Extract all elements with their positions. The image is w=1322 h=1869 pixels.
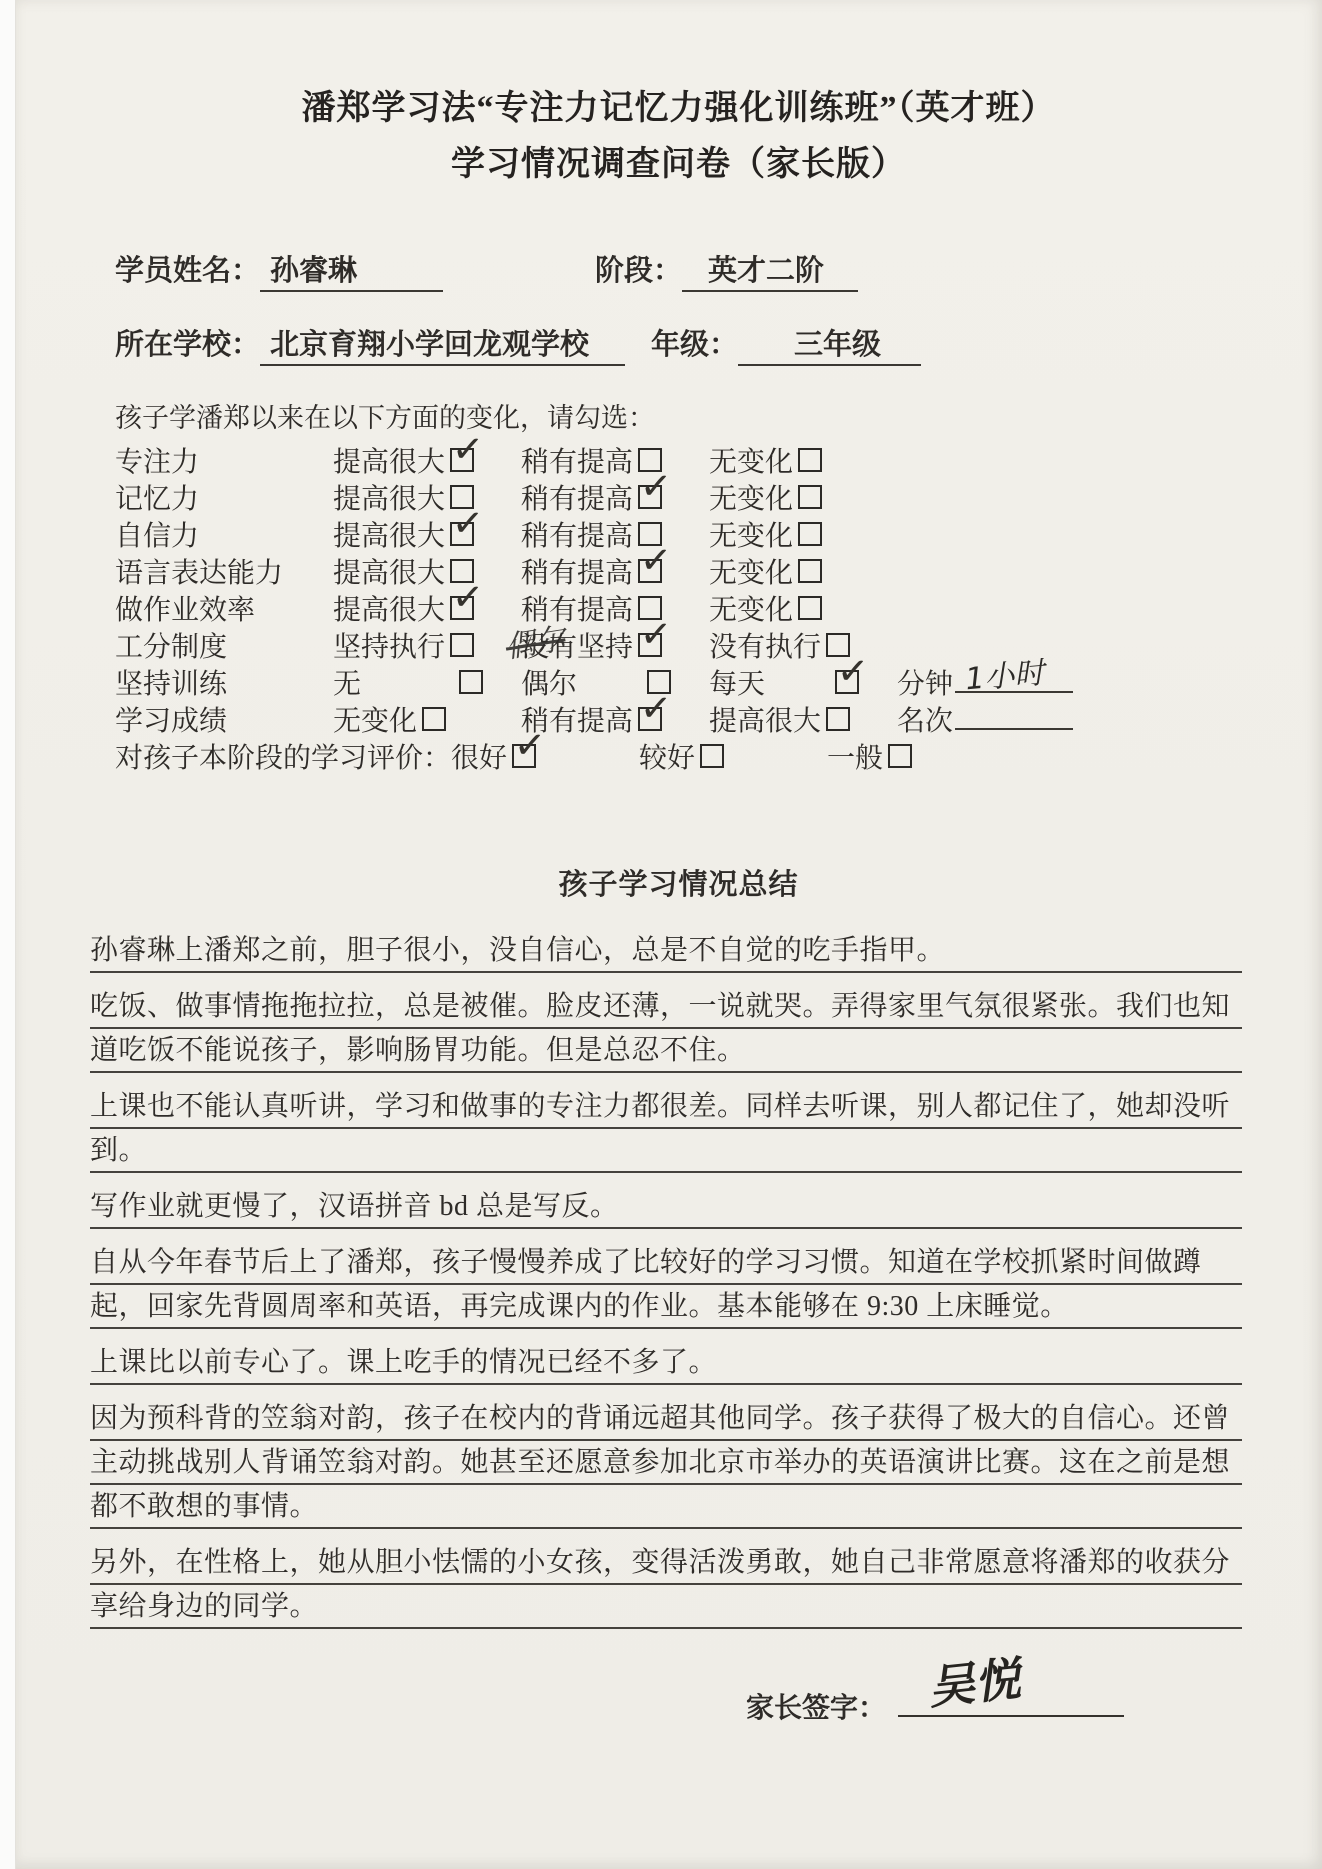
summary-paragraph: 写作业就更慢了，汉语拼音 bd 总是写反。	[90, 1185, 1242, 1229]
survey-option: 提高很大	[709, 699, 897, 739]
checkbox-unchecked	[422, 707, 446, 731]
survey-row-tail: 分钟1小时	[897, 662, 1073, 702]
survey-option-label: 无变化	[709, 440, 793, 480]
survey-option-label: 一般	[827, 736, 883, 776]
survey-option: 没有坚持偶尔✓	[521, 625, 709, 665]
survey-option: 稍有提高✓	[521, 699, 709, 739]
survey-option-label: 提高很大	[333, 477, 445, 517]
survey-option-label: 稍有提高	[521, 551, 633, 591]
tail-label: 名次	[897, 699, 953, 739]
survey-row: 对孩子本阶段的学习评价：很好✓较好一般	[115, 737, 1242, 774]
survey-option-label: 坚持执行	[333, 625, 445, 665]
summary-paragraph: 因为预科背的笠翁对韵，孩子在校内的背诵远超其他同学。孩子获得了极大的自信心。还曾…	[90, 1397, 1242, 1529]
survey-row-label: 工分制度	[115, 625, 333, 665]
checkbox-unchecked	[450, 633, 474, 657]
summary-paragraph: 上课也不能认真听讲，学习和做事的专注力都很差。同样去听课，别人都记住了，她却没听…	[90, 1085, 1242, 1173]
checkmark-icon: ✓	[639, 465, 673, 505]
student-info-row-2: 所在学校： 北京育翔小学回龙观学校 年级： 三年级	[115, 322, 1242, 366]
scanned-questionnaire: { "colors": { "paper": "#f1efe9", "ink":…	[0, 0, 1322, 1869]
survey-row: 学习成绩无变化稍有提高✓提高很大名次	[115, 700, 1242, 737]
summary-paragraph: 上课比以前专心了。课上吃手的情况已经不多了。	[90, 1341, 1242, 1385]
survey-option-label: 无变化	[333, 699, 417, 739]
survey-option: 每天✓	[709, 662, 859, 702]
grade-value: 三年级	[738, 322, 921, 366]
checkmark-icon: ✓	[451, 576, 485, 616]
student-name-field: 学员姓名： 孙睿琳	[115, 248, 595, 292]
form-content: 潘郑学习法“专注力记忆力强化训练班”（英才班） 学习情况调查问卷（家长版） 学员…	[0, 0, 1322, 1726]
checkbox-checked: ✓	[638, 707, 662, 731]
survey-option-label: 无变化	[709, 588, 793, 628]
survey-option: 无变化	[709, 514, 897, 554]
signature-row: 家长签字： 吴悦	[115, 1681, 1124, 1726]
survey-option: 稍有提高	[521, 440, 709, 480]
handwritten-overwrite: 偶尔	[502, 613, 568, 666]
survey-row-label: 自信力	[115, 514, 333, 554]
survey-option-label: 提高很大	[333, 551, 445, 591]
survey-option-label: 很好	[451, 736, 507, 776]
checkmark-icon: ✓	[451, 428, 485, 468]
grade-label: 年级：	[651, 322, 738, 363]
survey-row: 记忆力提高很大稍有提高✓无变化	[115, 478, 1242, 515]
checkbox-checked: ✓	[450, 596, 474, 620]
survey-option: 较好	[639, 736, 827, 776]
survey-option-label: 较好	[639, 736, 695, 776]
survey-row-label: 对孩子本阶段的学习评价：	[115, 736, 451, 776]
checkmark-icon: ✓	[639, 539, 673, 579]
handwritten-value: 1小时	[963, 647, 1046, 698]
tail-label: 分钟	[897, 662, 953, 702]
survey-option: 一般	[827, 736, 1015, 776]
checkbox-unchecked	[798, 559, 822, 583]
survey-option-label: 稍有提高	[521, 477, 633, 517]
survey-option-label: 稍有提高	[521, 514, 633, 554]
checkbox-checked: ✓	[512, 744, 536, 768]
stage-value: 英才二阶	[682, 248, 858, 292]
form-title-line1: 潘郑学习法“专注力记忆力强化训练班”（英才班）	[115, 92, 1242, 126]
grade-field: 年级： 三年级	[651, 322, 921, 366]
checkbox-unchecked	[700, 744, 724, 768]
stage-label: 阶段：	[595, 248, 682, 289]
survey-row: 坚持训练无偶尔每天✓分钟1小时	[115, 663, 1242, 700]
survey-option: 无变化	[709, 440, 897, 480]
student-name-value: 孙睿琳	[260, 248, 443, 292]
checkmark-icon: ✓	[451, 502, 485, 542]
survey-option: 提高很大✓	[333, 440, 521, 480]
form-title-line2: 学习情况调查问卷（家长版）	[115, 148, 1242, 182]
signature-line: 吴悦	[898, 1681, 1124, 1717]
checkbox-unchecked	[798, 596, 822, 620]
survey-row: 语言表达能力提高很大稍有提高✓无变化	[115, 552, 1242, 589]
survey-option: 稍有提高	[521, 514, 709, 554]
survey-option: 无变化	[709, 588, 897, 628]
survey-row-label: 坚持训练	[115, 662, 333, 702]
survey-option-label: 每天	[709, 662, 765, 702]
survey-option: 无	[333, 662, 483, 702]
checkmark-icon: ✓	[639, 687, 673, 727]
survey-option: 无变化	[709, 551, 897, 591]
checkbox-rows: 专注力提高很大✓稍有提高无变化记忆力提高很大稍有提高✓无变化自信力提高很大✓稍有…	[115, 441, 1242, 774]
survey-row-label: 学习成绩	[115, 699, 333, 739]
checkbox-checked: ✓	[638, 485, 662, 509]
summary-paragraph: 自从今年春节后上了潘郑，孩子慢慢养成了比较好的学习习惯。知道在学校抓紧时间做蹲起…	[90, 1241, 1242, 1329]
survey-row-label: 记忆力	[115, 477, 333, 517]
checkbox-checked: ✓	[450, 522, 474, 546]
tail-blank-line	[955, 700, 1073, 730]
student-name-label: 学员姓名：	[115, 248, 260, 289]
summary-paragraph: 孙睿琳上潘郑之前，胆子很小，没自信心，总是不自觉的吃手指甲。	[90, 929, 1242, 973]
stage-field: 阶段： 英才二阶	[595, 248, 858, 292]
checkbox-checked: ✓	[450, 448, 474, 472]
survey-option-label: 无变化	[709, 514, 793, 554]
checkmark-icon: ✓	[513, 724, 547, 764]
survey-option-label: 无变化	[709, 551, 793, 591]
survey-option-label: 偶尔	[521, 662, 577, 702]
survey-option-label: 提高很大	[333, 514, 445, 554]
survey-option: 稍有提高✓	[521, 551, 709, 591]
school-label: 所在学校：	[115, 322, 260, 363]
survey-row: 自信力提高很大✓稍有提高无变化	[115, 515, 1242, 552]
checkbox-unchecked	[826, 707, 850, 731]
signature-label: 家长签字：	[746, 1686, 886, 1726]
signature-handwriting: 吴悦	[925, 1642, 1023, 1717]
checkbox-checked: ✓	[638, 633, 662, 657]
survey-option-label: 提高很大	[709, 699, 821, 739]
school-value: 北京育翔小学回龙观学校	[260, 322, 625, 366]
checkbox-section-intro: 孩子学潘郑以来在以下方面的变化，请勾选：	[115, 396, 1242, 435]
summary-heading: 孩子学习情况总结	[115, 862, 1242, 903]
checkbox-checked: ✓	[835, 670, 859, 694]
survey-row-label: 做作业效率	[115, 588, 333, 628]
survey-row-label: 专注力	[115, 440, 333, 480]
survey-option: 提高很大	[333, 477, 521, 517]
checkmark-icon: ✓	[836, 650, 870, 690]
checkbox-unchecked	[888, 744, 912, 768]
checkbox-unchecked	[798, 522, 822, 546]
summary-paragraph: 吃饭、做事情拖拖拉拉，总是被催。脸皮还薄，一说就哭。弄得家里气氛很紧张。我们也知…	[90, 985, 1242, 1073]
checkmark-icon: ✓	[639, 613, 673, 653]
summary-paragraphs: 孙睿琳上潘郑之前，胆子很小，没自信心，总是不自觉的吃手指甲。吃饭、做事情拖拖拉拉…	[90, 929, 1242, 1629]
survey-option-label: 无变化	[709, 477, 793, 517]
survey-option-label: 提高很大	[333, 588, 445, 628]
checkbox-unchecked	[798, 448, 822, 472]
survey-row-label: 语言表达能力	[115, 551, 333, 591]
tail-blank-line: 1小时	[955, 663, 1073, 693]
survey-row: 做作业效率提高很大✓稍有提高无变化	[115, 589, 1242, 626]
survey-option: 提高很大	[333, 551, 521, 591]
checkbox-unchecked	[459, 670, 483, 694]
survey-option: 提高很大✓	[333, 514, 521, 554]
survey-row-tail: 名次	[897, 699, 1073, 739]
survey-row: 工分制度坚持执行没有坚持偶尔✓没有执行	[115, 626, 1242, 663]
survey-option: 稍有提高✓	[521, 477, 709, 517]
survey-option-label: 无	[333, 662, 361, 702]
survey-row: 专注力提高很大✓稍有提高无变化	[115, 441, 1242, 478]
summary-paragraph: 另外，在性格上，她从胆小怯懦的小女孩，变得活泼勇敢，她自己非常愿意将潘郑的收获分…	[90, 1541, 1242, 1629]
survey-option: 无变化	[709, 477, 897, 517]
survey-option: 提高很大✓	[333, 588, 521, 628]
survey-option: 坚持执行	[333, 625, 521, 665]
school-field: 所在学校： 北京育翔小学回龙观学校	[115, 322, 625, 366]
survey-option: 无变化	[333, 699, 521, 739]
student-info-row-1: 学员姓名： 孙睿琳 阶段： 英才二阶	[115, 248, 1242, 292]
checkbox-unchecked	[798, 485, 822, 509]
survey-option-label: 稍有提高	[521, 440, 633, 480]
checkbox-checked: ✓	[638, 559, 662, 583]
survey-option-label: 提高很大	[333, 440, 445, 480]
survey-option-label: 没有执行	[709, 625, 821, 665]
survey-option: 很好✓	[451, 736, 639, 776]
